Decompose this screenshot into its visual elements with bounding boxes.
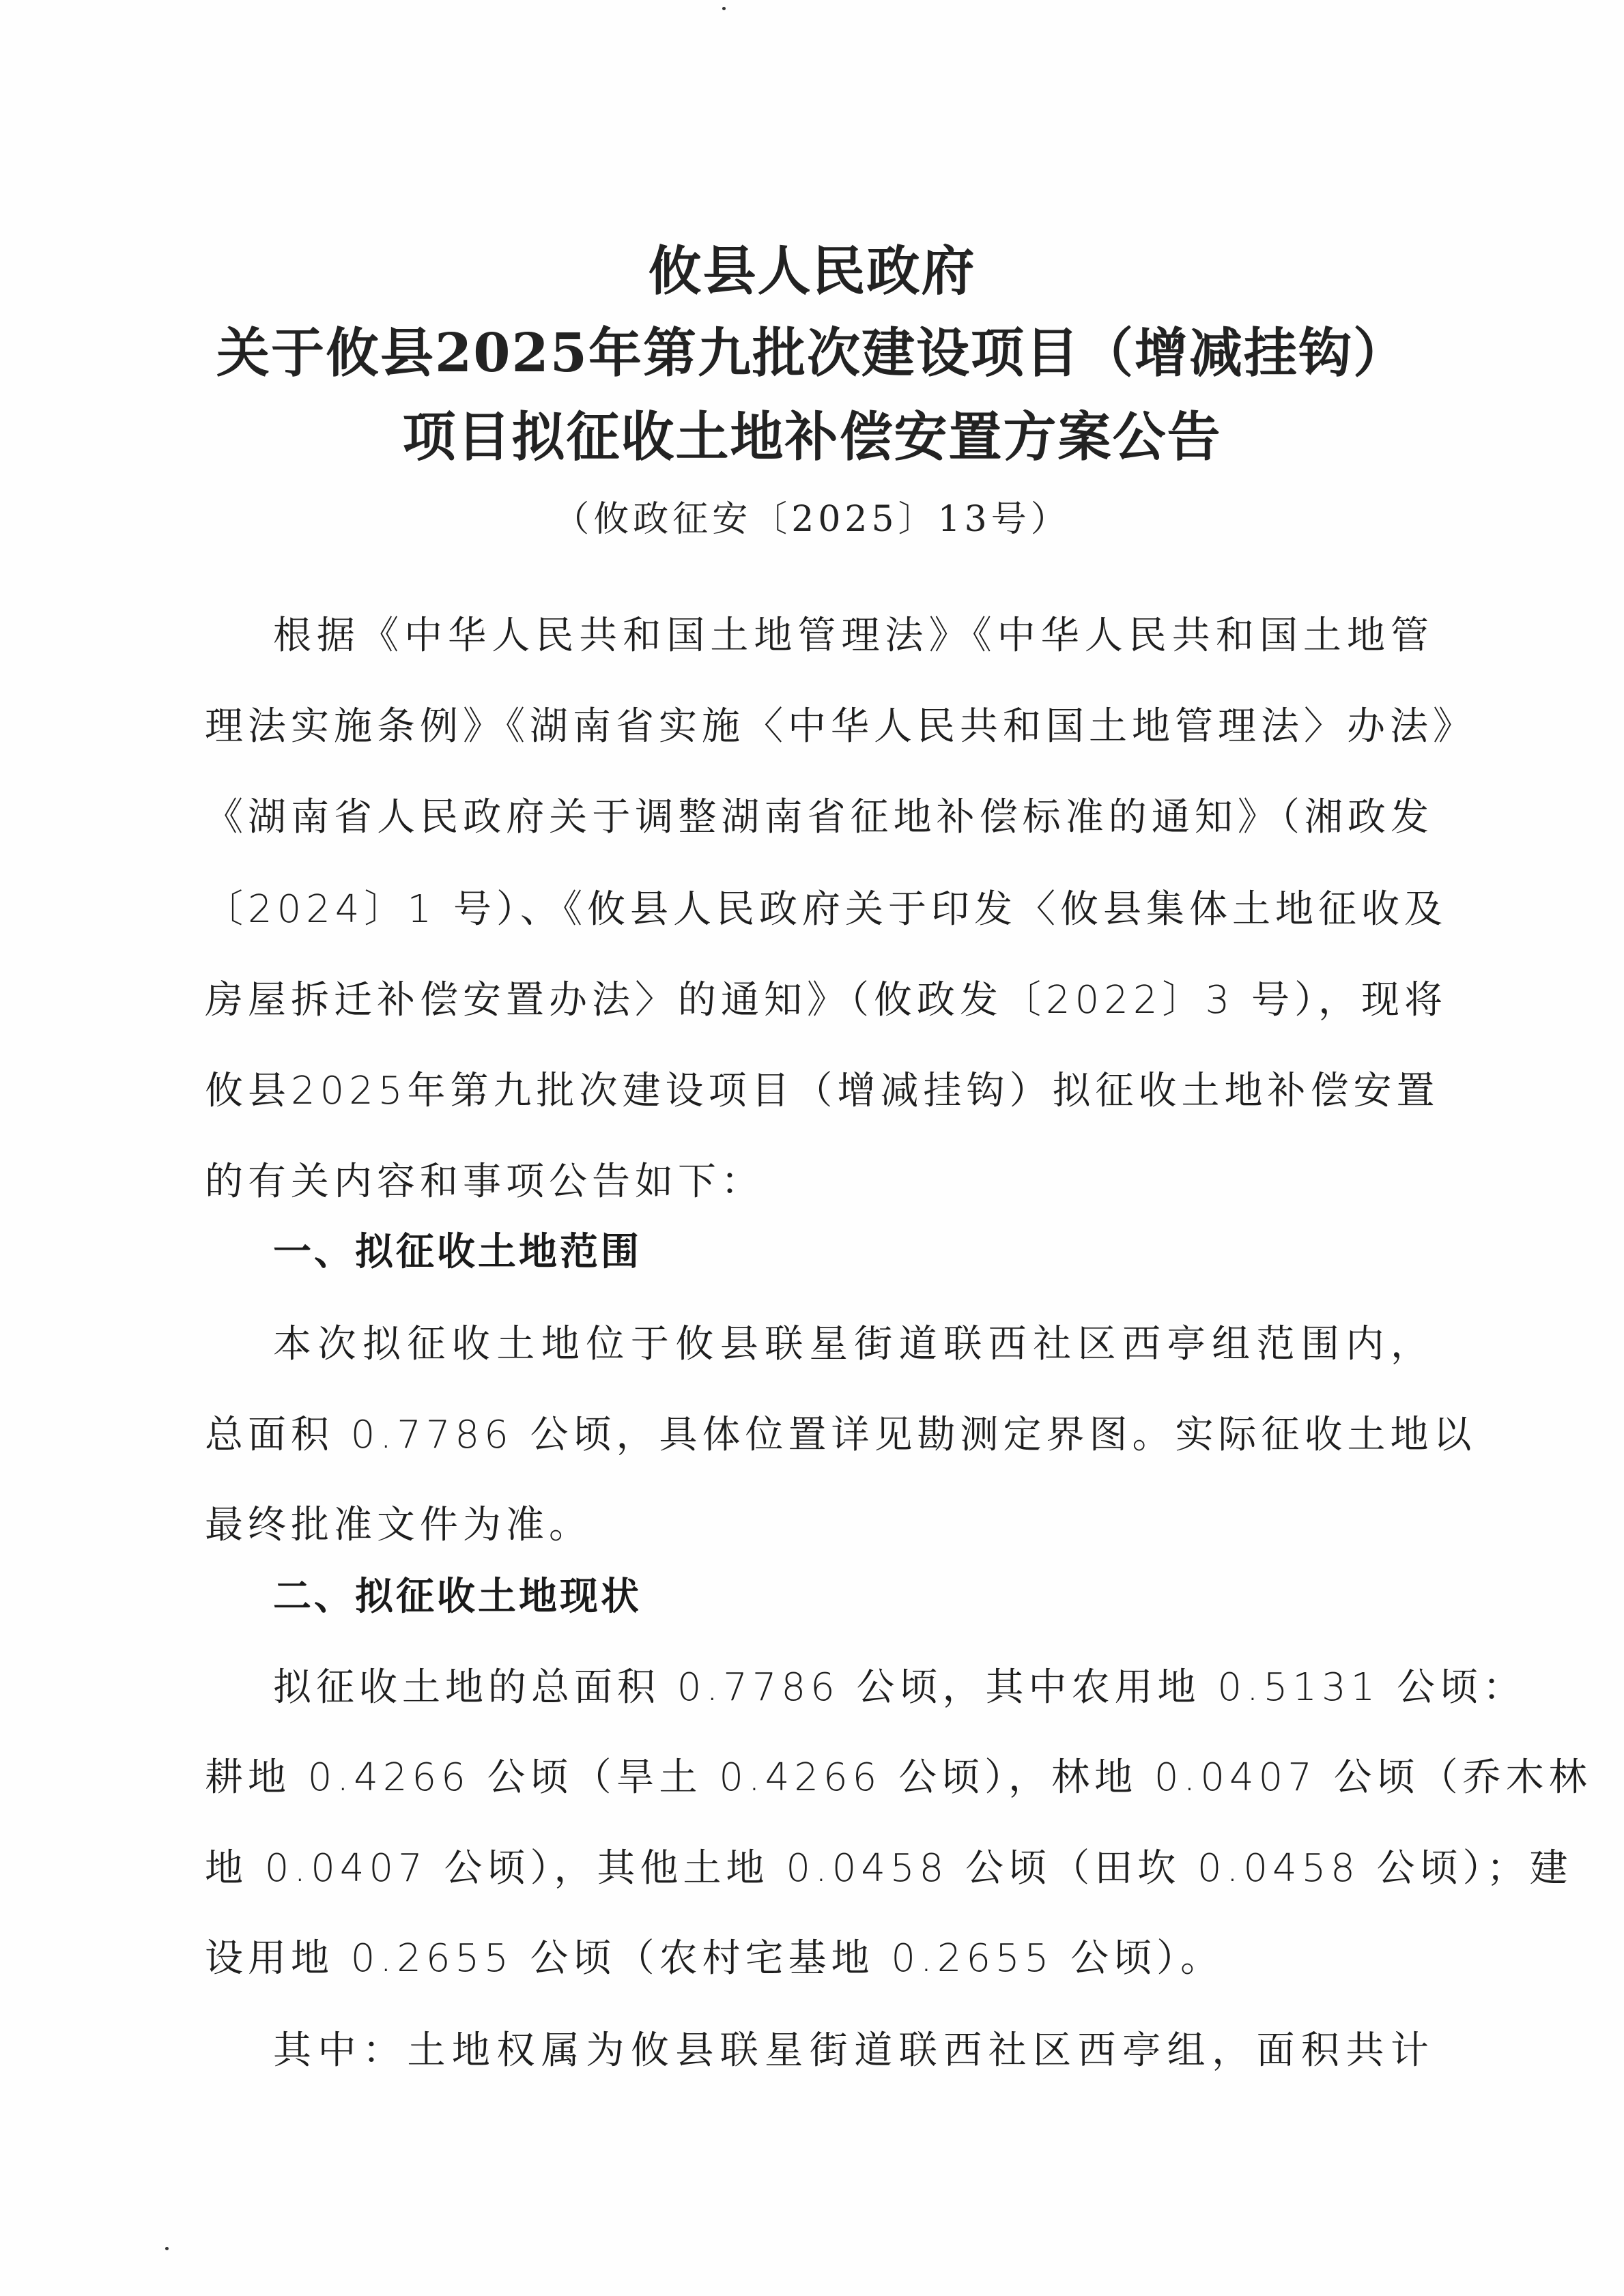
intro-line: 根据《中华人民共和国土地管理法》《中华人民共和国土地管 bbox=[273, 612, 1434, 660]
section-line: 最终批准文件为准。 bbox=[205, 1502, 1434, 1549]
title-subject-line-1: 关于攸县2025年第九批次建设项目（增减挂钩） bbox=[0, 311, 1624, 387]
intro-line: 攸县2025年第九批次建设项目（增减挂钩）拟征收土地补偿安置 bbox=[205, 1067, 1434, 1115]
section-line: 本次拟征收土地位于攸县联星街道联西社区西亭组范围内， bbox=[273, 1321, 1434, 1368]
intro-line: 〔2024〕1 号）、《攸县人民政府关于印发〈攸县集体土地征收及 bbox=[205, 886, 1434, 934]
intro-line: 理法实施条例》《湖南省实施〈中华人民共和国土地管理法〉办法》 bbox=[205, 703, 1434, 751]
document-page: 攸县人民政府 关于攸县2025年第九批次建设项目（增减挂钩） 项目拟征收土地补偿… bbox=[0, 0, 1624, 2296]
section-line: 耕地 0.4266 公顷（旱土 0.4266 公顷），林地 0.0407 公顷（… bbox=[205, 1754, 1434, 1802]
document-number: （攸政征安〔2025〕13号） bbox=[0, 490, 1624, 541]
intro-line: 《湖南省人民政府关于调整湖南省征地补偿标准的通知》（湘政发 bbox=[205, 794, 1434, 842]
section-line: 地 0.0407 公顷），其他土地 0.0458 公顷（田坎 0.0458 公顷… bbox=[205, 1845, 1434, 1893]
section-line: 其中：土地权属为攸县联星街道联西社区西亭组，面积共计 bbox=[273, 2027, 1434, 2075]
intro-line: 的有关内容和事项公告如下： bbox=[205, 1158, 1434, 1206]
scan-speck bbox=[722, 7, 726, 10]
title-issuer: 攸县人民政府 bbox=[0, 229, 1624, 305]
intro-line: 房屋拆迁补偿安置办法〉的通知》（攸政发〔2022〕3 号），现将 bbox=[205, 977, 1434, 1024]
section-line: 拟征收土地的总面积 0.7786 公顷，其中农用地 0.5131 公顷： bbox=[273, 1664, 1434, 1712]
section-heading-status: 二、拟征收土地现状 bbox=[273, 1573, 642, 1621]
title-subject-line-2: 项目拟征收土地补偿安置方案公告 bbox=[0, 394, 1624, 471]
section-line: 设用地 0.2655 公顷（农村宅基地 0.2655 公顷）。 bbox=[205, 1935, 1434, 1983]
section-heading-scope: 一、拟征收土地范围 bbox=[273, 1229, 642, 1276]
section-line: 总面积 0.7786 公顷，具体位置详见勘测定界图。实际征收土地以 bbox=[205, 1411, 1434, 1459]
scan-speck bbox=[165, 2247, 169, 2250]
